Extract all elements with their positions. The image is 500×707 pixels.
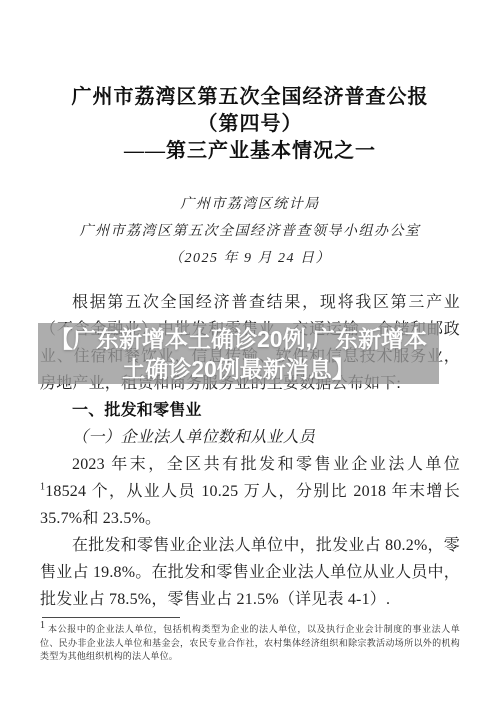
document-page: 广州市荔湾区第五次全国经济普查公报 （第四号） ——第三产业基本情况之一 广州市…: [0, 0, 500, 707]
title-line-3: ——第三产业基本情况之一: [40, 138, 460, 165]
paragraph-share: 在批发和零售业企业法人单位中，批发业占 80.2%，零售业占 19.8%。在批发…: [40, 532, 460, 613]
title-line-1: 广州市荔湾区第五次全国经济普查公报: [40, 84, 460, 111]
paragraph-units: 2023 年末，全区共有批发和零售业企业法人单位118524 个，从业人员 10…: [40, 451, 460, 532]
sub-heading: （一）企业法人单位数和从业人员: [40, 424, 460, 451]
footnote-block: 1 本公报中的企业法人单位，包括机构类型为企业的法人单位，以及执行企业会计制度的…: [40, 617, 460, 664]
publish-date: （2025 年 9 月 24 日）: [40, 245, 460, 272]
footnote-marker: 1: [40, 620, 45, 631]
footnote-body: 本公报中的企业法人单位，包括机构类型为企业的法人单位，以及执行企业会计制度的事业…: [40, 624, 460, 661]
paragraph-units-before: 2023 年末，全区共有批发和零售业企业法人单位: [72, 456, 460, 473]
paragraph-units-after: 18524 个，从业人员 10.25 万人，分别比 2018 年末增长 35.7…: [40, 483, 460, 527]
title-line-2: （第四号）: [40, 111, 460, 138]
watermark-text: 【广东新增本土确诊20例,广东新增本土确诊20例最新消息】: [48, 324, 430, 384]
watermark-overlay: 【广东新增本土确诊20例,广东新增本土确诊20例最新消息】: [38, 323, 439, 384]
footnote-text: 1 本公报中的企业法人单位，包括机构类型为企业的法人单位，以及执行企业会计制度的…: [40, 623, 460, 664]
issuer-block: 广州市荔湾区统计局 广州市荔湾区第五次全国经济普查领导小组办公室 （2025 年…: [40, 191, 460, 272]
section-heading: 一、批发和零售业: [40, 397, 460, 424]
document-title: 广州市荔湾区第五次全国经济普查公报 （第四号） ——第三产业基本情况之一: [40, 84, 460, 165]
issuer-line-1: 广州市荔湾区统计局: [40, 191, 460, 218]
issuer-line-2: 广州市荔湾区第五次全国经济普查领导小组办公室: [40, 218, 460, 245]
footnote-separator: [42, 617, 180, 618]
